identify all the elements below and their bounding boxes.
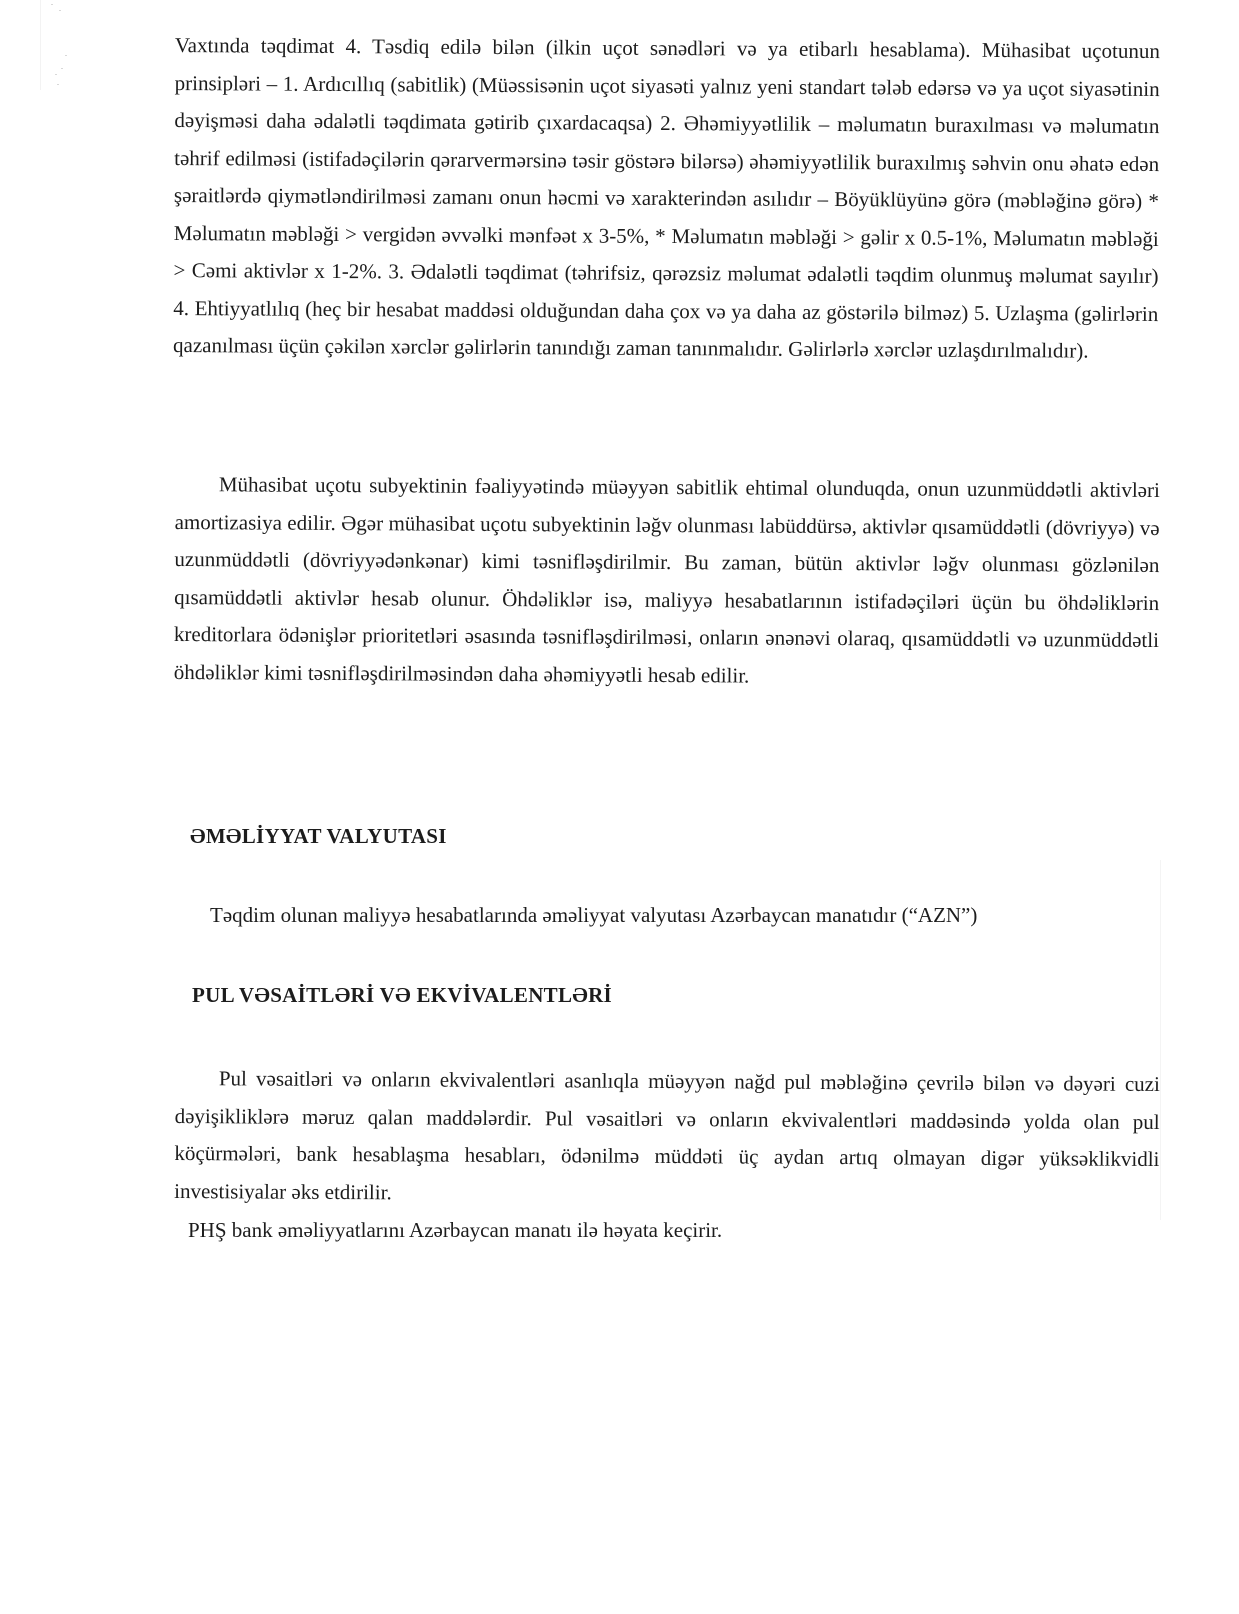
scan-artifact — [40, 0, 81, 90]
principles-paragraph-block: Vaxtında təqdimat 4. Təsdiq edilə bilən … — [175, 27, 1160, 365]
cash-equivalents-paragraph: Pul vəsaitləri və onların ekvivalentləri… — [174, 1060, 1160, 1216]
going-concern-paragraph: Mühasibat uçotu subyektinin fəaliyyətind… — [174, 466, 1160, 697]
section-heading-cash-equivalents: PUL VƏSAİTLƏRİ VƏ EKVİVALENTLƏRİ — [192, 983, 612, 1008]
document-page: Vaxtında təqdimat 4. Təsdiq edilə bilən … — [0, 0, 1239, 1614]
going-concern-paragraph-block: Mühasibat uçotu subyektinin fəaliyyətind… — [175, 466, 1160, 691]
bank-operations-note: PHŞ bank əməliyyatlarını Azərbaycan mana… — [188, 1218, 722, 1243]
scan-artifact-line — [1160, 860, 1161, 1220]
functional-currency-text: Təqdim olunan maliyyə hesabatlarında əmə… — [210, 903, 977, 928]
section-heading-functional-currency: ƏMƏLİYYAT VALYUTASI — [190, 824, 447, 849]
principles-paragraph: Vaxtında təqdimat 4. Təsdiq edilə bilən … — [173, 27, 1160, 371]
cash-equivalents-paragraph-block: Pul vəsaitləri və onların ekvivalentləri… — [175, 1060, 1160, 1210]
